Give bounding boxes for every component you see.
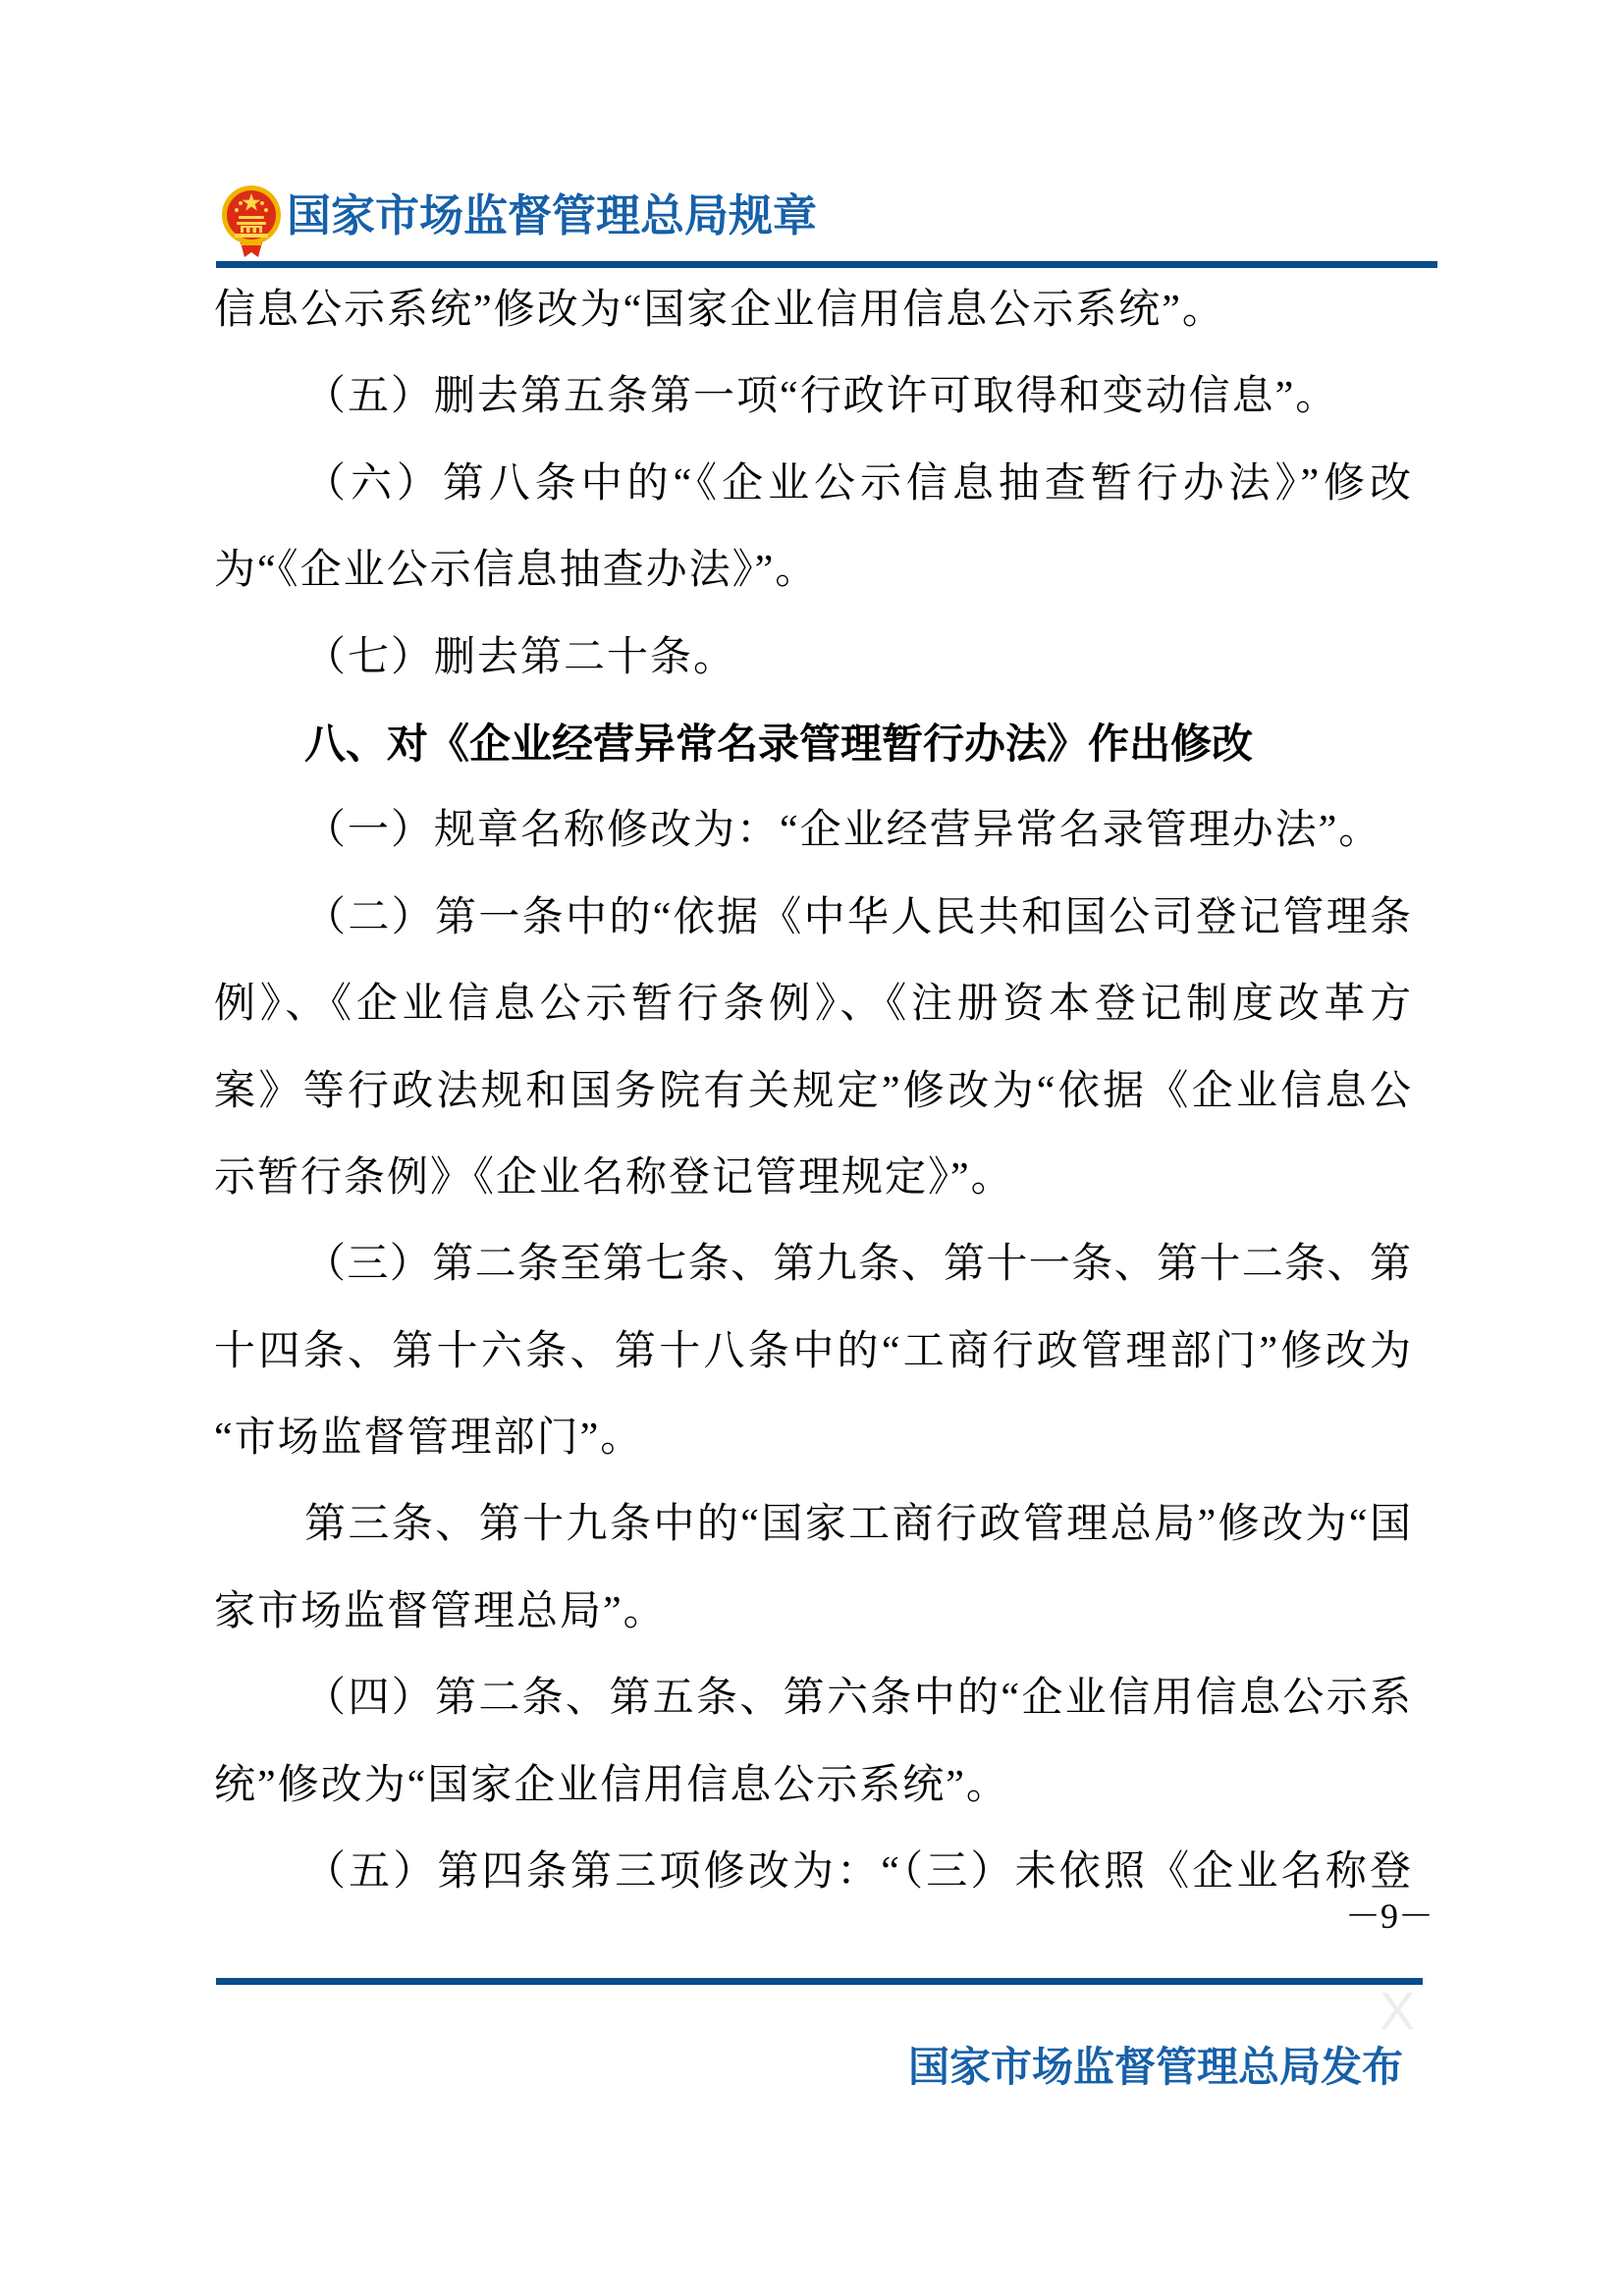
body-line: （五）第四条第三项修改为：“（三）未依照《企业名称登 <box>214 1829 1411 1915</box>
publisher-label: 国家市场监督管理总局发布 <box>908 2042 1403 2093</box>
body-line: （四）第二条、第五条、第六条中的“企业信用信息公示系 <box>214 1655 1411 1741</box>
body-line: 第三条、第十九条中的“国家工商行政管理总局”修改为“国 <box>214 1481 1411 1568</box>
body-line: 信息公示系统”修改为“国家企业信用信息公示系统”。 <box>214 267 1411 353</box>
body-line: 示暂行条例》《企业名称登记管理规定》”。 <box>214 1135 1411 1221</box>
watermark: X <box>1380 1981 1415 2042</box>
body-line: （五）删去第五条第一项“行政许可取得和变动信息”。 <box>214 353 1411 440</box>
body-line: 例》、《企业信息公示暂行条例》、《注册资本登记制度改革方 <box>214 961 1411 1047</box>
body-line: （二）第一条中的“依据《中华人民共和国公司登记管理条 <box>214 875 1411 961</box>
body-line: 案》等行政法规和国务院有关规定”修改为“依据《企业信息公 <box>214 1048 1411 1135</box>
body-line: 为“《企业公示信息抽查办法》”。 <box>214 527 1411 614</box>
page-number: －9－ <box>1345 1887 1434 1946</box>
body-line: （六）第八条中的“《企业公示信息抽查暂行办法》”修改 <box>214 441 1411 527</box>
body-line: 十四条、第十六条、第十八条中的“工商行政管理部门”修改为 <box>214 1308 1411 1395</box>
body-line: “市场监督管理部门”。 <box>214 1395 1411 1481</box>
document-body: 信息公示系统”修改为“国家企业信用信息公示系统”。（五）删去第五条第一项“行政许… <box>214 267 1411 1915</box>
body-line: 统”修改为“国家企业信用信息公示系统”。 <box>214 1742 1411 1829</box>
body-line: 家市场监督管理总局”。 <box>214 1569 1411 1655</box>
document-page: 国家市场监督管理总局规章 信息公示系统”修改为“国家企业信用信息公示系统”。（五… <box>0 0 1624 2296</box>
body-line: （三）第二条至第七条、第九条、第十一条、第十二条、第 <box>214 1221 1411 1308</box>
body-line: 八、对《企业经营异常名录管理暂行办法》作出修改 <box>214 701 1411 787</box>
body-line: （一）规章名称修改为：“企业经营异常名录管理办法”。 <box>214 787 1411 874</box>
footer-divider <box>216 1978 1423 1985</box>
page-title: 国家市场监督管理总局规章 <box>287 187 817 244</box>
body-line: （七）删去第二十条。 <box>214 614 1411 701</box>
china-national-emblem-icon <box>221 184 282 258</box>
